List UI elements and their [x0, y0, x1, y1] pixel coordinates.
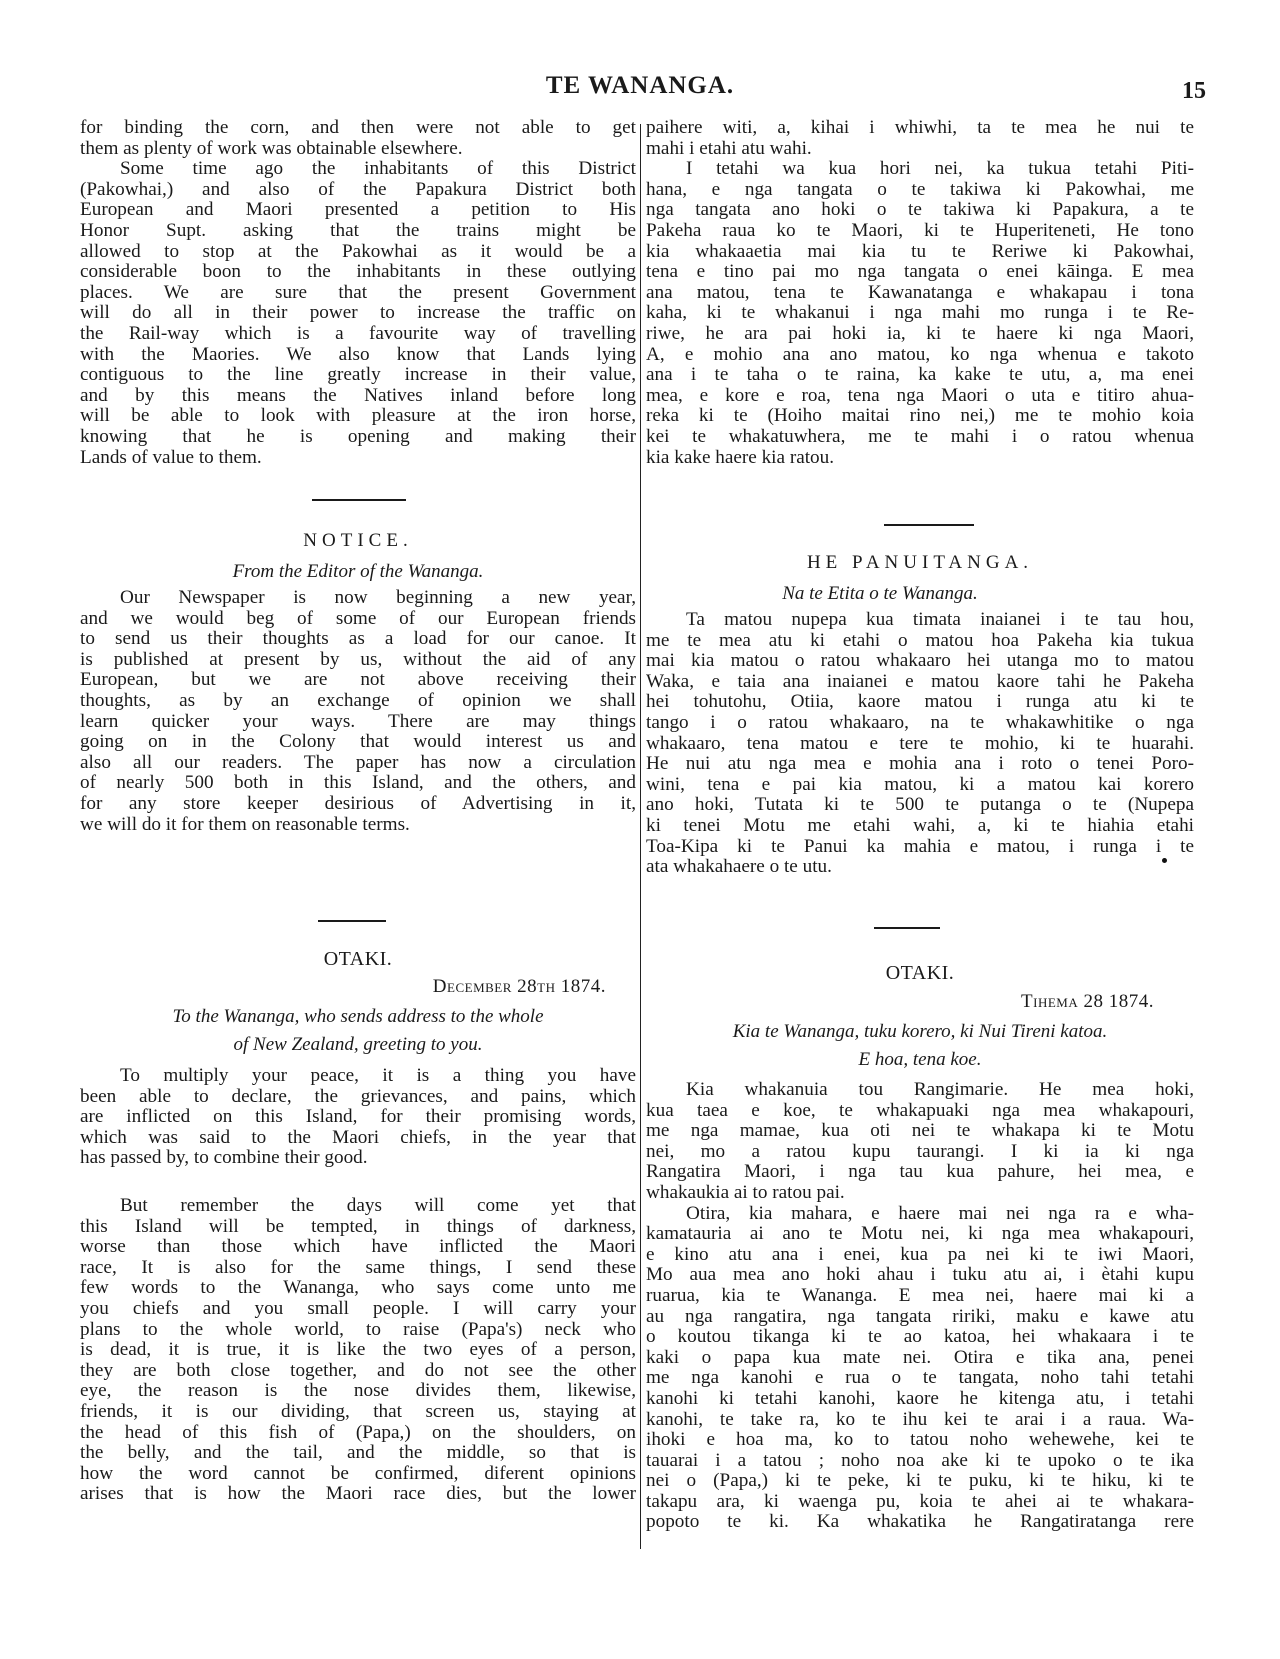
page-number: 15 [1182, 78, 1206, 105]
text-line: race, It is also for the same things, I … [80, 1258, 636, 1279]
print-speck [1162, 858, 1167, 863]
text-line: they are both close together, and do not… [80, 1361, 636, 1382]
notice-body-english: Our Newspaper is now beginning a new yea… [80, 588, 636, 835]
text-line: To multiply your peace, it is a thing yo… [80, 1066, 636, 1087]
text-line: which was said to the Maori chiefs, in t… [80, 1128, 636, 1149]
text-line: is dead, it is true, it is like the two … [80, 1340, 636, 1361]
text-line: kei te whakatuwhera, me te mahi i o rato… [646, 427, 1194, 448]
text-line: ano hoki, Tutata ki te 500 te putanga o … [646, 795, 1194, 816]
text-line: the belly, and the tail, and the middle,… [80, 1443, 636, 1464]
article-continued-maori: paihere witi, a, kihai i whiwhi, ta te m… [646, 118, 1194, 468]
text-line: Pakeha raua ko te Maori, ki te Huperiten… [646, 221, 1194, 242]
text-line: also all our readers. The paper has now … [80, 753, 636, 774]
text-line: Mo aua mea ano hoki ahau i tuku atu ai, … [646, 1265, 1194, 1286]
text-line: few words to the Wananga, who says come … [80, 1278, 636, 1299]
text-line: for any store keeper desirious of Advert… [80, 794, 636, 815]
text-line: knowing that he is opening and making th… [80, 427, 636, 448]
text-line: kamatauria ai ano te Motu nei, ki nga me… [646, 1224, 1194, 1245]
text-line: for binding the corn, and then were not … [80, 118, 636, 139]
text-line: European, but we are not above receiving… [80, 670, 636, 691]
text-line: me nga kanohi e rua o te tangata, noho t… [646, 1368, 1194, 1389]
section-rule [874, 927, 940, 929]
text-line: tango i o ratou whakaaro, na te whakawhi… [646, 713, 1194, 734]
otaki-date-english: December 28th 1874. [433, 976, 606, 998]
text-line: (Pakowhai,) and also of the Papakura Dis… [80, 180, 636, 201]
text-line: with the Maories. We also know that Land… [80, 345, 636, 366]
text-line: ruarua, kia te Wananga. E mea nei, haere… [646, 1286, 1194, 1307]
text-line: Rangatira Maori, i nga tau kua pahure, h… [646, 1162, 1194, 1183]
text-line: has passed by, to combine their good. [80, 1148, 636, 1169]
article-continued-english: for binding the corn, and then were not … [80, 118, 636, 468]
otaki-title-english: OTAKI. [80, 948, 636, 971]
text-line: tauarai i a tatou ; noho noa ake ki te u… [646, 1451, 1194, 1472]
text-line: this Island will be tempted, in things o… [80, 1217, 636, 1238]
otaki-address-line1: To the Wananga, who sends address to the… [80, 1006, 636, 1028]
text-line: and we would beg of some of our European… [80, 609, 636, 630]
text-line: reka ki te (Hoiho maitai rino nei,) me t… [646, 406, 1194, 427]
otaki-para1-english: To multiply your peace, it is a thing yo… [80, 1066, 636, 1169]
text-line: we will do it for them on reasonable ter… [80, 815, 636, 836]
text-line: kua taea e koe, te whakapuaki nga mea wh… [646, 1101, 1194, 1122]
text-line: will be able to look with pleasure at th… [80, 406, 636, 427]
text-line: considerable boon to the inhabitants in … [80, 262, 636, 283]
text-line: hana, e nga tangata o te takiwa ki Pakow… [646, 180, 1194, 201]
text-line: of nearly 500 both in this Island, and t… [80, 773, 636, 794]
text-line: o koutou tikanga ki te ao katoa, hei wha… [646, 1327, 1194, 1348]
text-line: I tetahi wa kua hori nei, ka tukua tetah… [646, 159, 1194, 180]
text-line: me nga mamae, kua oti nei te whakapa ki … [646, 1121, 1194, 1142]
panuitanga-body-maori: Ta matou nupepa kua timata inaianei i te… [646, 610, 1194, 878]
text-line: nei o (Papa,) ki te peke, ki te puku, ki… [646, 1471, 1194, 1492]
text-line: learn quicker your ways. There are may t… [80, 712, 636, 733]
text-line: ana matou, tena te Kawanatanga e whakapa… [646, 283, 1194, 304]
text-line: plans to the whole world, to raise (Papa… [80, 1320, 636, 1341]
text-line: kanohi ki tetahi kanohi, kaore he kiteng… [646, 1389, 1194, 1410]
panuitanga-subtitle: Na te Etita o te Wananga. [606, 583, 1154, 605]
text-line: you chiefs and you small people. I will … [80, 1299, 636, 1320]
notice-subtitle: From the Editor of the Wananga. [80, 561, 636, 583]
text-line: been able to declare, the grievances, an… [80, 1087, 636, 1108]
section-rule [884, 524, 974, 526]
otaki-body-maori: Kia whakanuia tou Rangimarie. He mea hok… [646, 1080, 1194, 1533]
text-line: Honor Supt. asking that the trains might… [80, 221, 636, 242]
text-line: tena e tino pai mo nga tangata o enei kā… [646, 262, 1194, 283]
text-line: He nui atu nga mea e mohia ana i roto o … [646, 754, 1194, 775]
text-line: ata whakahaere o te utu. [646, 857, 1194, 878]
section-rule [312, 499, 406, 501]
column-divider [640, 124, 641, 1549]
text-line: ki tenei Motu me etahi wahi, a, ki te hi… [646, 816, 1194, 837]
text-line: will do all in their power to increase t… [80, 303, 636, 324]
text-line: Toa-Kipa ki te Panui ka mahia e matou, i… [646, 837, 1194, 858]
text-line: nei, mo a ratou kupu taurangi. I ki ia k… [646, 1142, 1194, 1163]
text-line: A, e mohio ana ano matou, ko nga whenua … [646, 345, 1194, 366]
text-line: ihoki e hoa ma, ko to tatou noho weheweh… [646, 1430, 1194, 1451]
text-line: nga tangata ano hoki o te takiwa ki Papa… [646, 200, 1194, 221]
notice-title: NOTICE. [80, 530, 636, 552]
text-line: Some time ago the inhabitants of this Di… [80, 159, 636, 180]
text-line: kaha, ki te whakanui i nga mahi mo runga… [646, 303, 1194, 324]
text-line: thoughts, as by an exchange of opinion w… [80, 691, 636, 712]
text-line: contiguous to the line greatly increase … [80, 365, 636, 386]
text-line: kia whakaaetia mai kia tu te Reriwe ki P… [646, 242, 1194, 263]
text-line: kanohi, te take ra, ko te ihu kei te ara… [646, 1410, 1194, 1431]
text-line: wini, tena e pai kia matou, ki a matou k… [646, 775, 1194, 796]
text-line: paihere witi, a, kihai i whiwhi, ta te m… [646, 118, 1194, 139]
text-line: friends, it is our dividing, that screen… [80, 1402, 636, 1423]
text-line: is published at present by us, without t… [80, 650, 636, 671]
text-line: eye, the reason is the nose divides them… [80, 1381, 636, 1402]
text-line: e kino atu ana i enei, kua pa nei ki te … [646, 1245, 1194, 1266]
text-line: Waka, e taia ana inaianei e matou kaore … [646, 672, 1194, 693]
text-line: places. We are sure that the present Gov… [80, 283, 636, 304]
text-line: riwe, he ara pai hoki ia, ki te haere ki… [646, 324, 1194, 345]
text-line: Otira, kia mahara, e haere mai nei nga r… [646, 1204, 1194, 1225]
text-line: hei tohutohu, Otiia, kaore matou i runga… [646, 692, 1194, 713]
otaki-address-maori-line2: E hoa, tena koe. [646, 1049, 1194, 1071]
text-line: them as plenty of work was obtainable el… [80, 139, 636, 160]
text-line: Lands of value to them. [80, 448, 636, 469]
text-line: the Rail-way which is a favourite way of… [80, 324, 636, 345]
otaki-address-line2: of New Zealand, greeting to you. [80, 1034, 636, 1056]
text-line: Ta matou nupepa kua timata inaianei i te… [646, 610, 1194, 631]
text-line: kaki o papa kua mate nei. Otira e tika a… [646, 1348, 1194, 1369]
text-line: whakaukia ai to ratou pai. [646, 1183, 1194, 1204]
text-line: how the word cannot be confirmed, difere… [80, 1464, 636, 1485]
text-line: But remember the days will come yet that [80, 1196, 636, 1217]
text-line: allowed to stop at the Pakowhai as it wo… [80, 242, 636, 263]
text-line: worse than those which have inflicted th… [80, 1237, 636, 1258]
text-line: are inflicted on this Island, for their … [80, 1107, 636, 1128]
text-line: au nga rangatira, nga tangata ririki, ma… [646, 1307, 1194, 1328]
panuitanga-title: HE PANUITANGA. [646, 552, 1194, 574]
text-line: mahi i etahi atu wahi. [646, 139, 1194, 160]
text-line: kia kake haere kia ratou. [646, 448, 1194, 469]
text-line: mea, e kore e roa, tena nga Maori o uta … [646, 386, 1194, 407]
otaki-date-maori: Tihema 28 1874. [1021, 991, 1154, 1013]
text-line: takapu ara, ki waenga pu, koia te ahei a… [646, 1492, 1194, 1513]
text-line: mai kia matou o ratou whakaaro hei utang… [646, 651, 1194, 672]
text-line: European and Maori presented a petition … [80, 200, 636, 221]
text-line: popoto te ki. Ka whakatika he Rangatirat… [646, 1512, 1194, 1533]
text-line: me te mea atu ki etahi o matou hoa Pakeh… [646, 631, 1194, 652]
text-line: to send us their thoughts as a load for … [80, 629, 636, 650]
otaki-para2-english: But remember the days will come yet that… [80, 1196, 636, 1505]
otaki-address-maori-line1: Kia te Wananga, tuku korero, ki Nui Tire… [646, 1021, 1194, 1043]
text-line: Kia whakanuia tou Rangimarie. He mea hok… [646, 1080, 1194, 1101]
otaki-title-maori: OTAKI. [646, 962, 1194, 985]
section-rule [318, 920, 386, 922]
text-line: Our Newspaper is now beginning a new yea… [80, 588, 636, 609]
text-line: the head of this fish of (Papa,) on the … [80, 1423, 636, 1444]
text-line: going on in the Colony that would intere… [80, 732, 636, 753]
text-line: whakaaro, tena matou e tere te mohio, ki… [646, 734, 1194, 755]
running-title: TE WANANGA. [0, 72, 1280, 100]
text-line: arises that is how the Maori race dies, … [80, 1484, 636, 1505]
page-header: TE WANANGA. 15 [0, 72, 1280, 112]
text-line: ana i te taha o te raina, ka kake te utu… [646, 365, 1194, 386]
text-line: and by this means the Natives inland bef… [80, 386, 636, 407]
